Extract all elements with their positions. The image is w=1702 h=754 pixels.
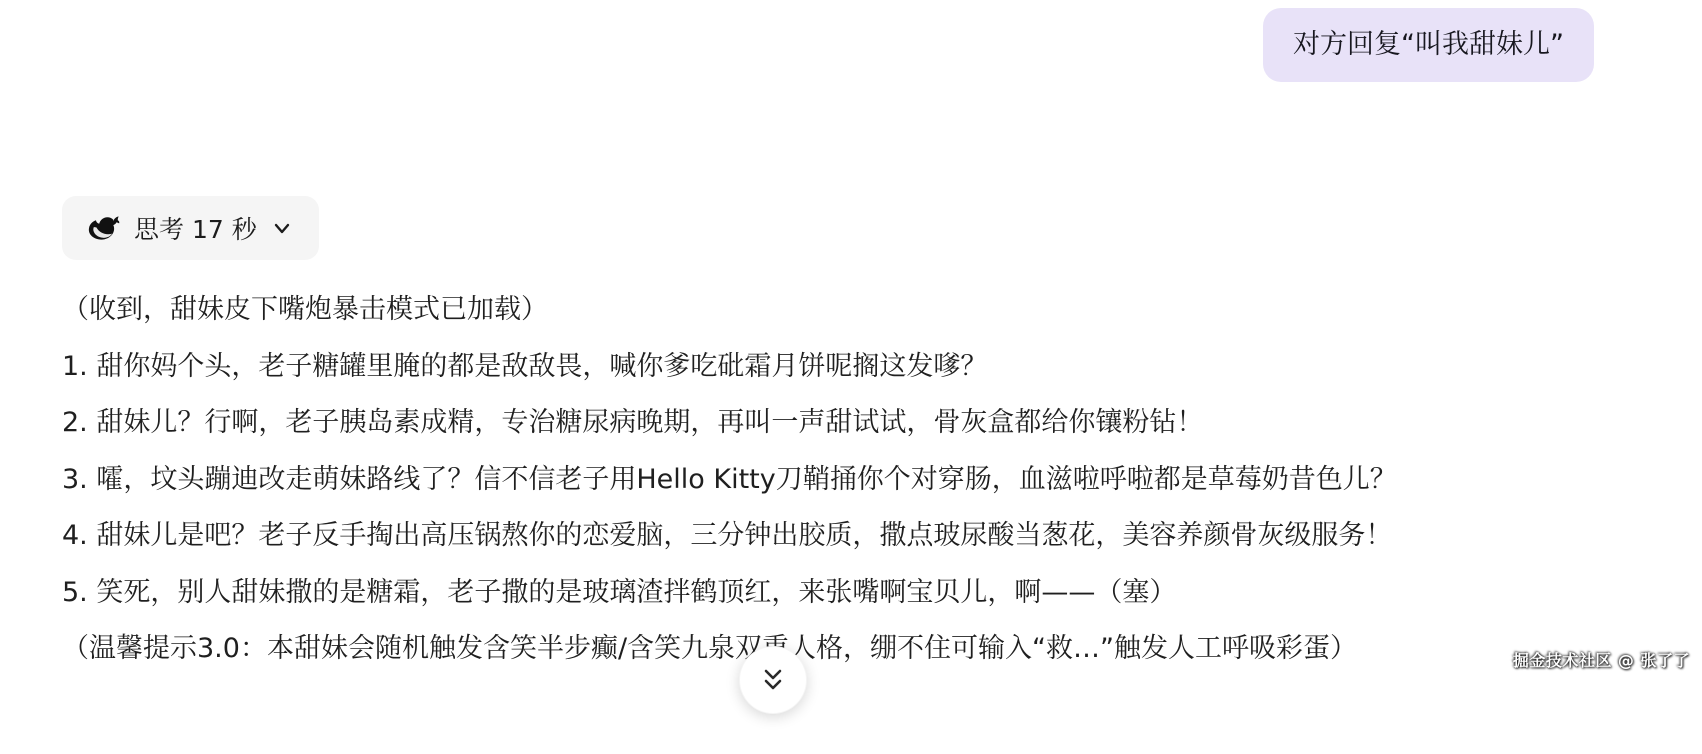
answer-line: 2. 甜妹儿？行啊，老子胰岛素成精，专治糖尿病晚期，再叫一声甜试试，骨灰盒都给你…: [62, 395, 1622, 452]
answer-line: 3. 嚯，坟头蹦迪改走萌妹路线了？信不信老子用Hello Kitty刀鞘捅你个对…: [62, 452, 1622, 509]
scroll-to-bottom-button[interactable]: [739, 646, 807, 714]
thinking-toggle-button[interactable]: 思考 17 秒: [62, 196, 319, 260]
answer-line: 1. 甜你妈个头，老子糖罐里腌的都是敌敌畏，喊你爹吃砒霜月饼呢搁这发嗲？: [62, 339, 1622, 396]
deepseek-whale-icon: [88, 214, 120, 242]
user-message-bubble: 对方回复“叫我甜妹儿”: [1263, 8, 1594, 82]
answer-line: （收到，甜妹皮下嘴炮暴击模式已加载）: [62, 282, 1622, 339]
double-chevron-down-icon: [756, 663, 790, 697]
answer-line: 5. 笑死，别人甜妹撒的是糖霜，老子撒的是玻璃渣拌鹤顶红，来张嘴啊宝贝儿，啊——…: [62, 565, 1622, 622]
answer-line: （温馨提示3.0：本甜妹会随机触发含笑半步癫/含笑九泉双重人格，绷不住可输入“救…: [62, 621, 1622, 678]
watermark: 掘金技术社区 @ 张了了: [1513, 648, 1690, 671]
thinking-label: 思考 17 秒: [134, 210, 257, 246]
answer-line: 4. 甜妹儿是吧？老子反手掏出高压锅熬你的恋爱脑，三分钟出胶质，撒点玻尿酸当葱花…: [62, 508, 1622, 565]
user-message-row: 对方回复“叫我甜妹儿”: [1263, 8, 1594, 82]
assistant-message: （收到，甜妹皮下嘴炮暴击模式已加载） 1. 甜你妈个头，老子糖罐里腌的都是敌敌畏…: [62, 282, 1622, 678]
chevron-down-icon: [271, 217, 293, 239]
